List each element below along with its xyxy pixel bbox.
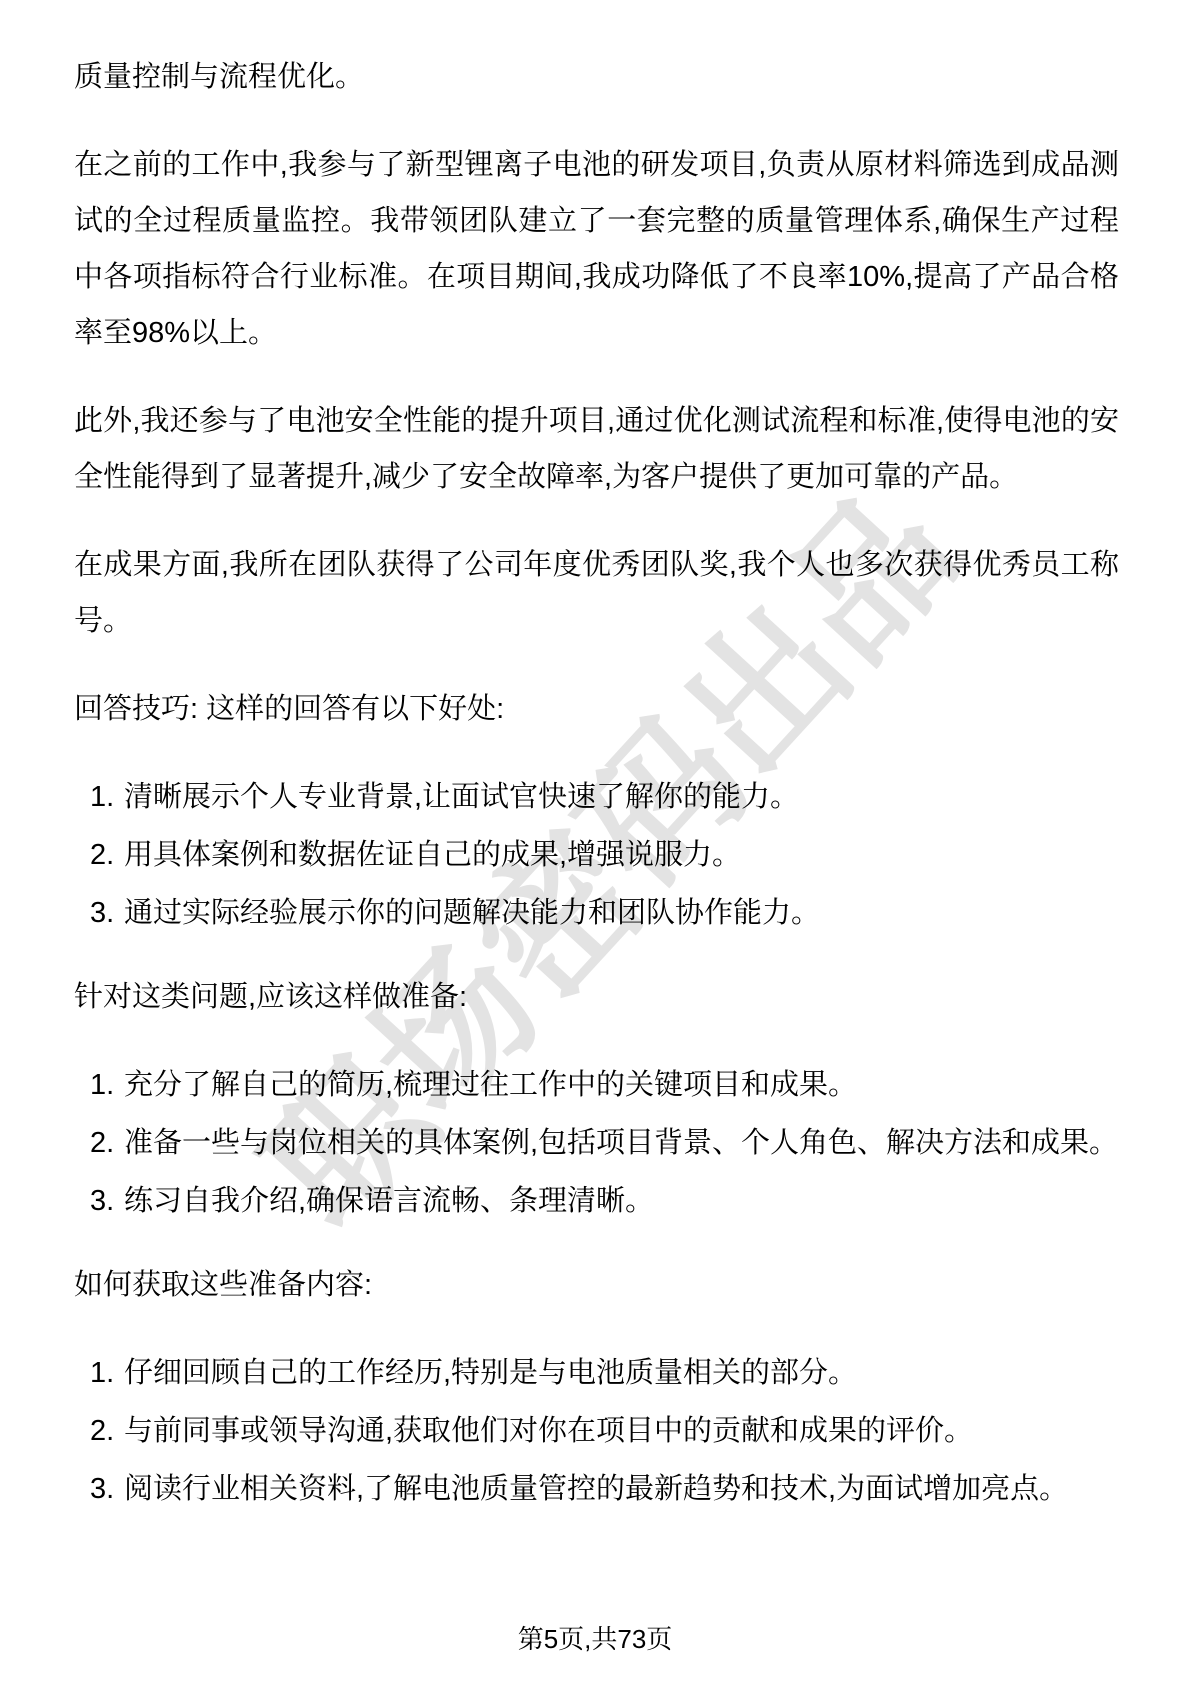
paragraph-work-experience: 在之前的工作中,我参与了新型锂离子电池的研发项目,负责从原材料筛选到成品测试的全… [74,137,1119,361]
list-item: 3. 练习自我介绍,确保语言流畅、条理清晰。 [74,1173,1119,1229]
list-item-number: 3. [90,1461,124,1517]
list-item-number: 2. [90,1115,124,1171]
acquire-steps-list: 1. 仔细回顾自己的工作经历,特别是与电池质量相关的部分。 2. 与前同事或领导… [74,1345,1119,1517]
paragraph-answer-tips-heading: 回答技巧: 这样的回答有以下好处: [74,681,1119,737]
list-item-text: 通过实际经验展示你的问题解决能力和团队协作能力。 [124,885,1119,941]
list-item-text: 清晰展示个人专业背景,让面试官快速了解你的能力。 [124,769,1119,825]
list-item-text: 与前同事或领导沟通,获取他们对你在项目中的贡献和成果的评价。 [124,1403,1119,1459]
page-content: 质量控制与流程优化。 在之前的工作中,我参与了新型锂离子电池的研发项目,负责从原… [74,49,1119,1545]
list-item: 1. 充分了解自己的简历,梳理过往工作中的关键项目和成果。 [74,1057,1119,1113]
list-item: 2. 与前同事或领导沟通,获取他们对你在项目中的贡献和成果的评价。 [74,1403,1119,1459]
list-item-text: 阅读行业相关资料,了解电池质量管控的最新趋势和技术,为面试增加亮点。 [124,1461,1119,1517]
paragraph-preparation-heading: 针对这类问题,应该这样做准备: [74,969,1119,1025]
document-page: 职场密码出品 质量控制与流程优化。 在之前的工作中,我参与了新型锂离子电池的研发… [0,0,1190,1684]
list-item-number: 3. [90,1173,124,1229]
list-item-text: 准备一些与岗位相关的具体案例,包括项目背景、个人角色、解决方法和成果。 [124,1115,1119,1171]
list-item: 3. 通过实际经验展示你的问题解决能力和团队协作能力。 [74,885,1119,941]
list-item: 1. 仔细回顾自己的工作经历,特别是与电池质量相关的部分。 [74,1345,1119,1401]
preparation-steps-list: 1. 充分了解自己的简历,梳理过往工作中的关键项目和成果。 2. 准备一些与岗位… [74,1057,1119,1229]
paragraph-acquire-heading: 如何获取这些准备内容: [74,1257,1119,1313]
paragraph-safety-project: 此外,我还参与了电池安全性能的提升项目,通过优化测试流程和标准,使得电池的安全性… [74,393,1119,505]
list-item-number: 1. [90,1057,124,1113]
page-footer: 第5页,共73页 [0,1611,1190,1667]
list-item: 2. 准备一些与岗位相关的具体案例,包括项目背景、个人角色、解决方法和成果。 [74,1115,1119,1171]
list-item: 1. 清晰展示个人专业背景,让面试官快速了解你的能力。 [74,769,1119,825]
paragraph-achievements: 在成果方面,我所在团队获得了公司年度优秀团队奖,我个人也多次获得优秀员工称号。 [74,537,1119,649]
list-item: 3. 阅读行业相关资料,了解电池质量管控的最新趋势和技术,为面试增加亮点。 [74,1461,1119,1517]
list-item: 2. 用具体案例和数据佐证自己的成果,增强说服力。 [74,827,1119,883]
list-item-text: 练习自我介绍,确保语言流畅、条理清晰。 [124,1173,1119,1229]
list-item-number: 1. [90,769,124,825]
list-item-number: 2. [90,1403,124,1459]
list-item-number: 2. [90,827,124,883]
paragraph-quality-control-tail: 质量控制与流程优化。 [74,49,1119,105]
list-item-text: 充分了解自己的简历,梳理过往工作中的关键项目和成果。 [124,1057,1119,1113]
answer-benefits-list: 1. 清晰展示个人专业背景,让面试官快速了解你的能力。 2. 用具体案例和数据佐… [74,769,1119,941]
list-item-text: 仔细回顾自己的工作经历,特别是与电池质量相关的部分。 [124,1345,1119,1401]
list-item-text: 用具体案例和数据佐证自己的成果,增强说服力。 [124,827,1119,883]
list-item-number: 1. [90,1345,124,1401]
list-item-number: 3. [90,885,124,941]
